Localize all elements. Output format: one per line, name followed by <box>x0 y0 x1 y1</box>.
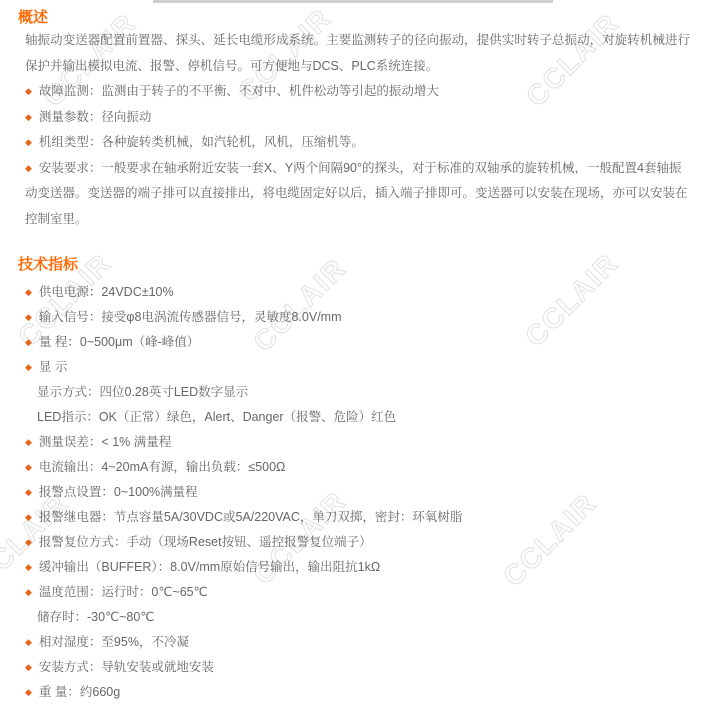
spec-item-text: 温度范围：运行时：0℃~65℃ <box>39 585 208 599</box>
spec-item: ◆温度范围：运行时：0℃~65℃ <box>25 580 690 605</box>
diamond-bullet-icon: ◆ <box>25 305 32 330</box>
diamond-bullet-icon: ◆ <box>25 430 32 455</box>
spec-item: ◆电流输出：4~20mA有源，输出负载：≤500Ω <box>25 455 690 480</box>
spec-item: ◆报警点设置：0~100%满量程 <box>25 480 690 505</box>
spec-item: ◆供电电源：24VDC±10% <box>25 280 690 305</box>
spec-item-text: 安装方式：导轨安装或就地安装 <box>39 660 214 674</box>
spec-item-text: 输入信号：接受φ8电涡流传感器信号，灵敏度8.0V/mm <box>39 310 342 324</box>
diamond-bullet-icon: ◆ <box>25 280 32 305</box>
overview-bullet-text: 机组类型：各种旋转类机械，如汽轮机，风机，压缩机等。 <box>39 135 364 149</box>
spec-item-text: 报警复位方式：手动（现场Reset按钮、遥控报警复位端子） <box>39 535 372 549</box>
spec-item-text: 重 量：约660g <box>39 685 120 699</box>
diamond-bullet-icon: ◆ <box>25 455 32 480</box>
spec-item-text: 储存时：-30℃~80℃ <box>37 610 154 624</box>
diamond-bullet-icon: ◆ <box>25 105 32 131</box>
spec-item: ◆安装方式：导轨安装或就地安装 <box>25 655 690 680</box>
overview-bullet: ◆故障监测：监测由于转子的不平衡、不对中、机件松动等引起的振动增大 <box>25 79 690 105</box>
overview-title: 概述 <box>18 8 690 28</box>
specs-title: 技术指标 <box>18 255 690 275</box>
overview-bullet-text: 故障监测：监测由于转子的不平衡、不对中、机件松动等引起的振动增大 <box>39 84 439 98</box>
overview-bullet-text: 测量参数：径向振动 <box>39 110 152 124</box>
diamond-bullet-icon: ◆ <box>25 330 32 355</box>
spec-item: 储存时：-30℃~80℃ <box>37 605 702 630</box>
overview-bullet-text: 安装要求：一般要求在轴承附近安装一套X、Y两个间隔90°的探头，对于标准的双轴承… <box>25 161 688 226</box>
content: 概述 轴振动变送器配置前置器、探头、延长电缆形成系统。主要监测转子的径向振动，提… <box>0 0 708 704</box>
spec-item: ◆测量误差：< 1% 满量程 <box>25 430 690 455</box>
overview-bullet: ◆测量参数：径向振动 <box>25 105 690 131</box>
spec-item: ◆显 示 <box>25 355 690 380</box>
diamond-bullet-icon: ◆ <box>25 680 32 704</box>
diamond-bullet-icon: ◆ <box>25 355 32 380</box>
overview-paragraph: 轴振动变送器配置前置器、探头、延长电缆形成系统。主要监测转子的径向振动，提供实时… <box>25 28 690 79</box>
spec-list: ◆供电电源：24VDC±10%◆输入信号：接受φ8电涡流传感器信号，灵敏度8.0… <box>18 280 690 704</box>
diamond-bullet-icon: ◆ <box>25 156 32 182</box>
overview-bullet-list: ◆故障监测：监测由于转子的不平衡、不对中、机件松动等引起的振动增大◆测量参数：径… <box>18 79 690 232</box>
spec-item-text: 供电电源：24VDC±10% <box>39 285 174 299</box>
overview-bullet: ◆安装要求：一般要求在轴承附近安装一套X、Y两个间隔90°的探头，对于标准的双轴… <box>25 156 690 233</box>
spec-item-text: 电流输出：4~20mA有源，输出负载：≤500Ω <box>39 460 285 474</box>
diamond-bullet-icon: ◆ <box>25 480 32 505</box>
diamond-bullet-icon: ◆ <box>25 130 32 156</box>
spec-item: ◆缓冲输出（BUFFER）：8.0V/mm原始信号输出，输出阻抗1kΩ <box>25 555 690 580</box>
spec-item-text: 缓冲输出（BUFFER）：8.0V/mm原始信号输出，输出阻抗1kΩ <box>39 560 380 574</box>
spec-item-text: 相对湿度：至95%，不冷凝 <box>39 635 189 649</box>
spec-item-text: 显示方式：四位0.28英寸LED数字显示 <box>37 385 248 399</box>
spec-item-text: 报警点设置：0~100%满量程 <box>39 485 198 499</box>
spec-item-text: 显 示 <box>39 360 67 374</box>
diamond-bullet-icon: ◆ <box>25 555 32 580</box>
spec-item-text: 报警继电器：节点容量5A/30VDC或5A/220VAC，单刀双掷，密封：环氧树… <box>39 510 462 524</box>
spec-item: ◆量 程：0~500μm（峰-峰值） <box>25 330 690 355</box>
diamond-bullet-icon: ◆ <box>25 79 32 105</box>
spec-item-text: LED指示：OK（正常）绿色，Alert、Danger（报警、危险）红色 <box>37 410 396 424</box>
spec-item-text: 量 程：0~500μm（峰-峰值） <box>39 335 199 349</box>
spec-item: ◆报警复位方式：手动（现场Reset按钮、遥控报警复位端子） <box>25 530 690 555</box>
diamond-bullet-icon: ◆ <box>25 580 32 605</box>
spec-item: 显示方式：四位0.28英寸LED数字显示 <box>37 380 702 405</box>
spec-item: ◆重 量：约660g <box>25 680 690 704</box>
spec-item: ◆输入信号：接受φ8电涡流传感器信号，灵敏度8.0V/mm <box>25 305 690 330</box>
spec-item: ◆报警继电器：节点容量5A/30VDC或5A/220VAC，单刀双掷，密封：环氧… <box>25 505 690 530</box>
spec-item: LED指示：OK（正常）绿色，Alert、Danger（报警、危险）红色 <box>37 405 702 430</box>
diamond-bullet-icon: ◆ <box>25 505 32 530</box>
overview-bullet: ◆机组类型：各种旋转类机械，如汽轮机，风机，压缩机等。 <box>25 130 690 156</box>
spec-item-text: 测量误差：< 1% 满量程 <box>39 435 171 449</box>
spec-item: ◆相对湿度：至95%，不冷凝 <box>25 630 690 655</box>
diamond-bullet-icon: ◆ <box>25 630 32 655</box>
diamond-bullet-icon: ◆ <box>25 530 32 555</box>
diamond-bullet-icon: ◆ <box>25 655 32 680</box>
